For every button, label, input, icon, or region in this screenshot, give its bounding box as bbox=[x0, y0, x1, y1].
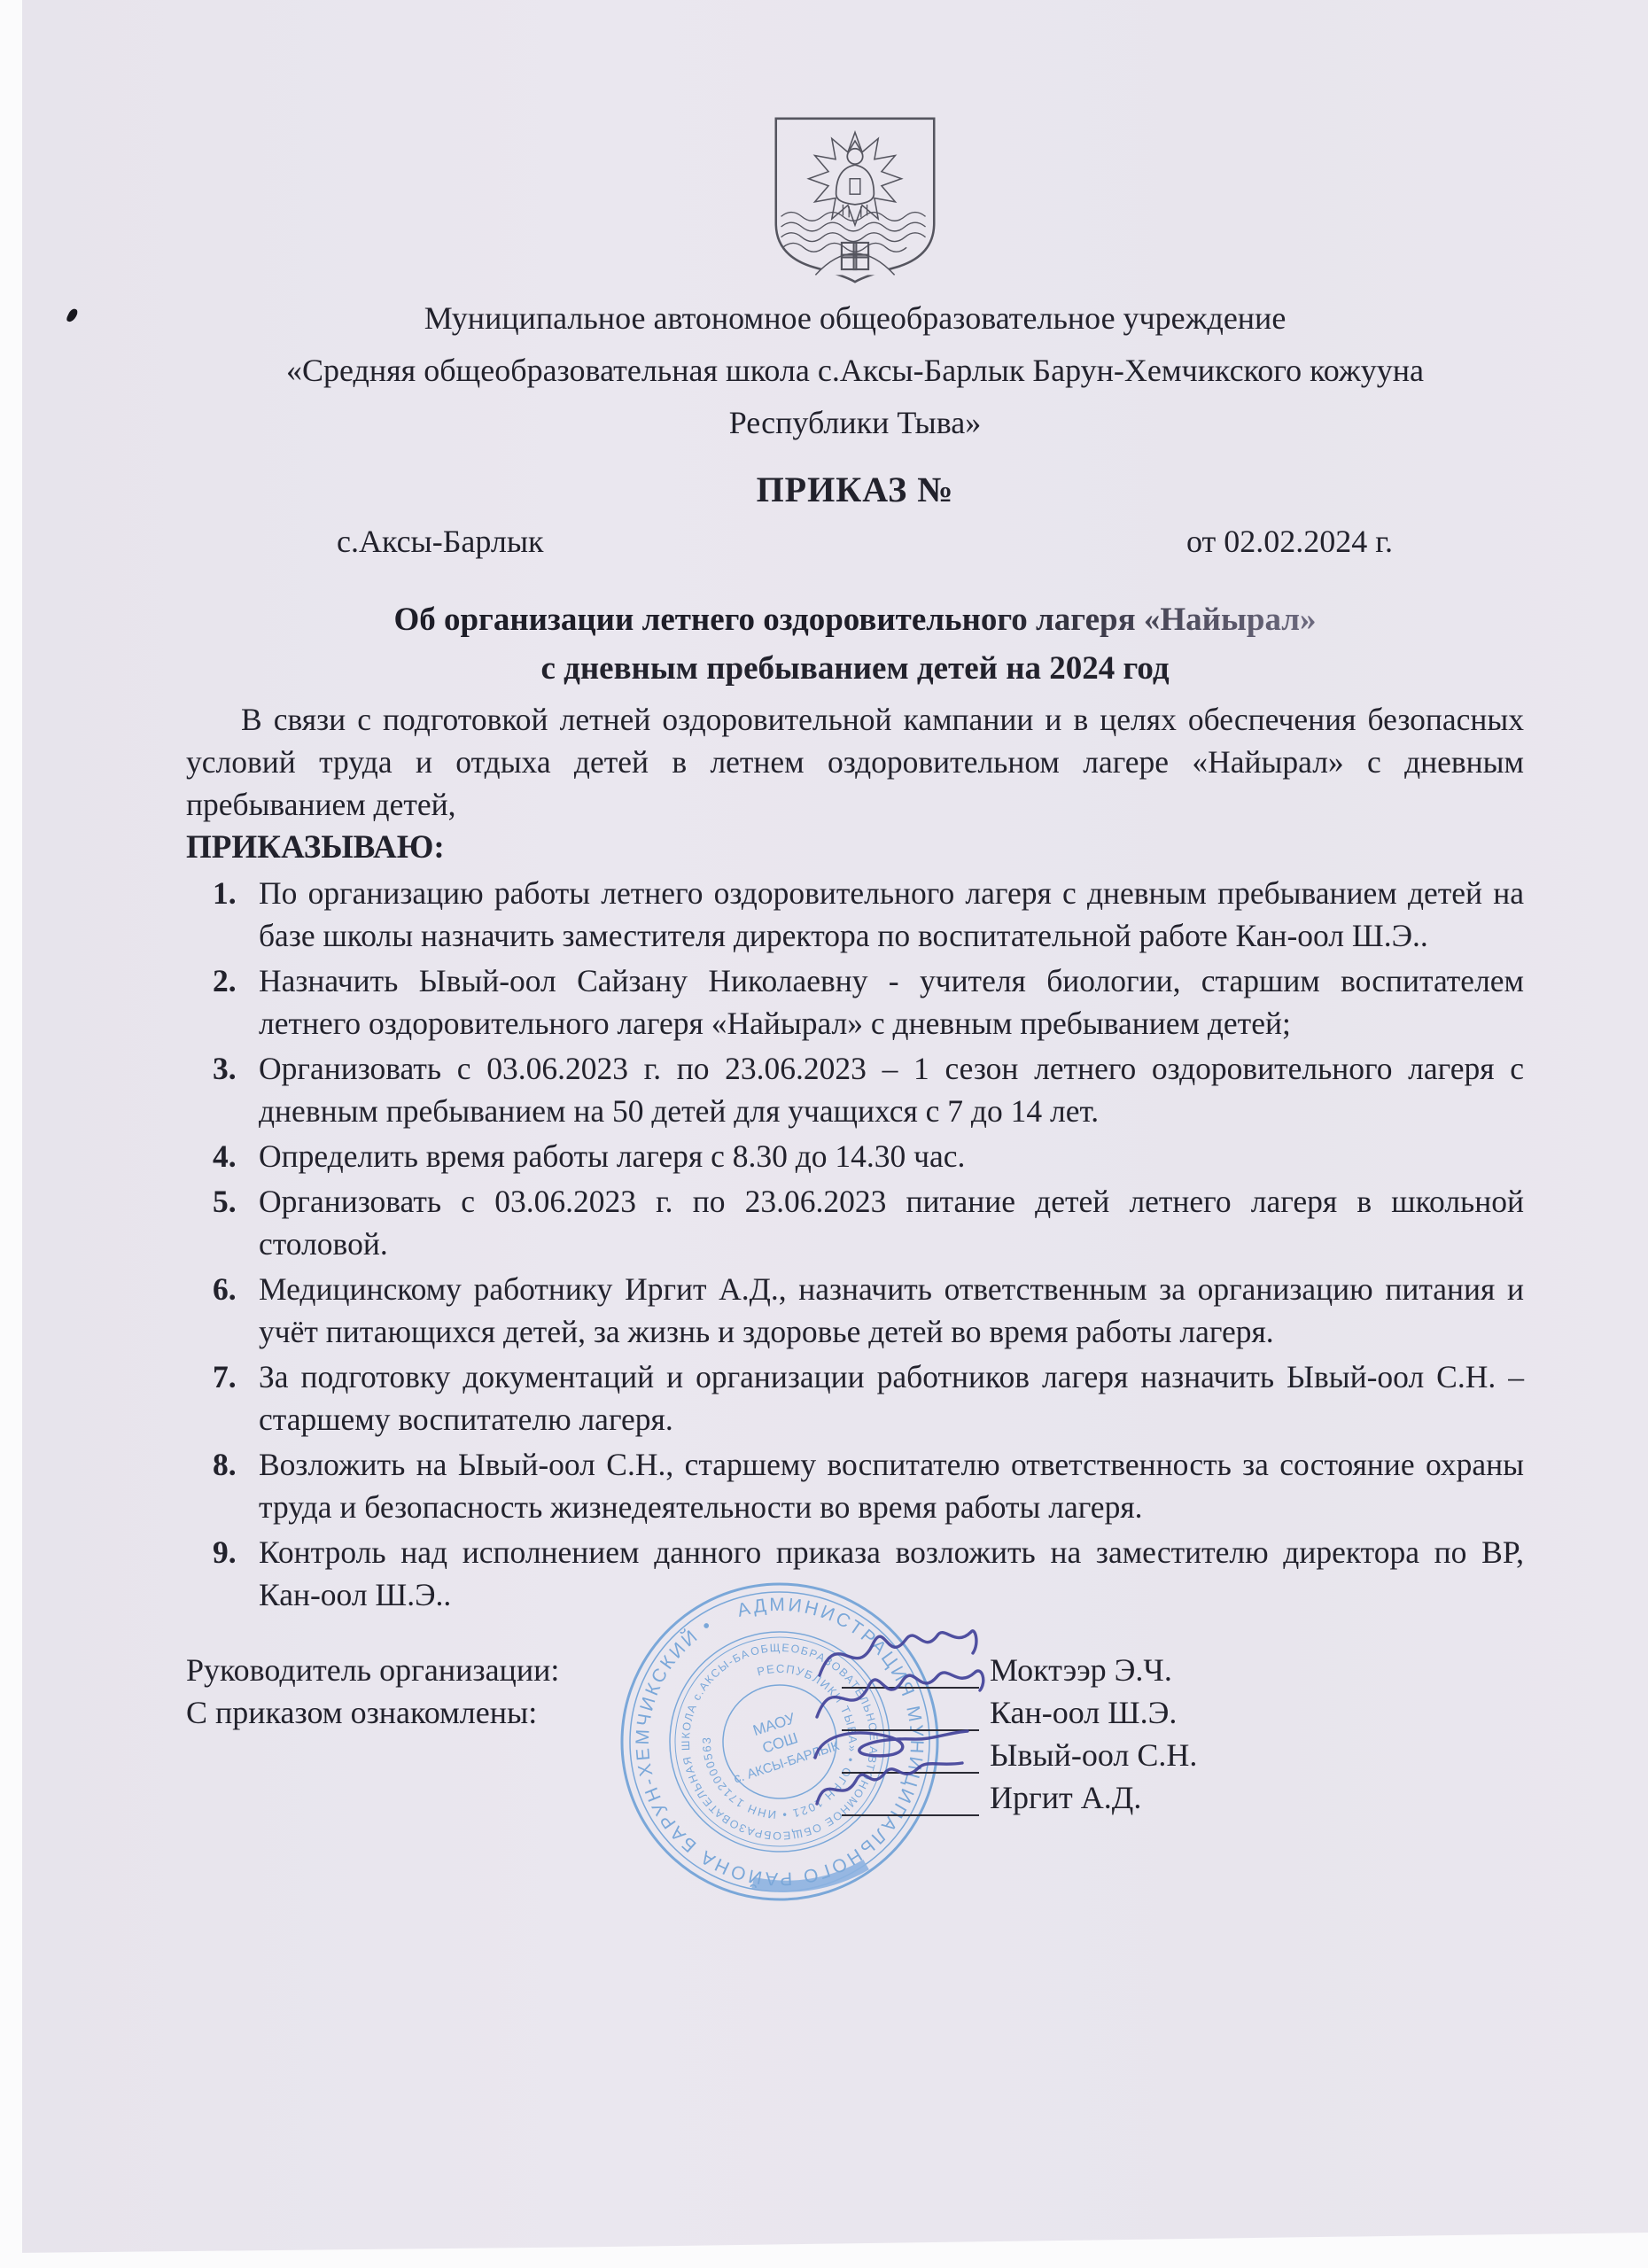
item-number: 8. bbox=[213, 1443, 237, 1486]
signatures-svg bbox=[797, 1600, 1063, 1817]
org-name-line3: Республики Тыва» bbox=[186, 397, 1524, 449]
item-text: За подготовку документаций и организации… bbox=[259, 1359, 1524, 1437]
order-place: с.Аксы-Барлык bbox=[337, 523, 544, 560]
order-title: ПРИКАЗ № bbox=[186, 469, 1524, 510]
item-text: Организовать с 03.06.2023 г. по 23.06.20… bbox=[259, 1051, 1524, 1129]
item-text: По организацию работы летнего оздоровите… bbox=[259, 875, 1524, 953]
item-number: 2. bbox=[213, 959, 237, 1002]
org-name-line2: «Средняя общеобразовательная школа с.Акс… bbox=[186, 345, 1524, 397]
order-item-2: 2. Назначить Ывый-оол Сайзану Николаевну… bbox=[213, 959, 1524, 1045]
item-number: 7. bbox=[213, 1355, 237, 1398]
item-text: Медицинскому работнику Иргит А.Д., назна… bbox=[259, 1271, 1524, 1349]
item-text: Организовать с 03.06.2023 г. по 23.06.20… bbox=[259, 1184, 1524, 1262]
document-content: Муниципальное автономное общеобразовател… bbox=[186, 0, 1524, 1816]
order-item-8: 8. Возложить на Ывый-оол С.Н., старшему … bbox=[213, 1443, 1524, 1528]
order-items-list: 1. По организацию работы летнего оздоров… bbox=[213, 872, 1524, 1616]
item-number: 4. bbox=[213, 1135, 237, 1177]
signatures-ink-icon bbox=[797, 1600, 1063, 1817]
order-subject-line2: с дневным пребыванием детей на 2024 год bbox=[186, 644, 1524, 693]
item-text: Назначить Ывый-оол Сайзану Николаевну - … bbox=[259, 963, 1524, 1041]
scanned-document-page: Муниципальное автономное общеобразовател… bbox=[0, 0, 1648, 2268]
decree-keyword: ПРИКАЗЫВАЮ: bbox=[186, 826, 1524, 869]
item-number: 1. bbox=[213, 872, 237, 914]
order-item-7: 7. За подготовку документаций и организа… bbox=[213, 1355, 1524, 1441]
org-name-line1: Муниципальное автономное общеобразовател… bbox=[186, 292, 1524, 345]
ink-speck bbox=[66, 307, 79, 323]
order-item-6: 6. Медицинскому работнику Иргит А.Д., на… bbox=[213, 1268, 1524, 1353]
order-subject-line1: Об организации летнего оздоровительного … bbox=[186, 595, 1524, 644]
order-item-5: 5. Организовать с 03.06.2023 г. по 23.06… bbox=[213, 1180, 1524, 1265]
item-text: Возложить на Ывый-оол С.Н., старшему вос… bbox=[259, 1447, 1524, 1525]
item-number: 3. bbox=[213, 1047, 237, 1090]
order-item-1: 1. По организацию работы летнего оздоров… bbox=[213, 872, 1524, 957]
order-subject: Об организации летнего оздоровительного … bbox=[186, 595, 1524, 693]
signature-label-ack: С приказом ознакомлены: bbox=[186, 1694, 842, 1731]
item-number: 5. bbox=[213, 1180, 237, 1223]
order-date: от 02.02.2024 г. bbox=[1186, 523, 1393, 560]
paper-sheet: Муниципальное автономное общеобразовател… bbox=[22, 0, 1648, 2257]
signing-section: АДМИНИСТРАЦИЯ МУНИЦИПАЛЬНОГО РАЙОНА БАРУ… bbox=[186, 1646, 1524, 1816]
intro-paragraph: В связи с подготовкой летней оздоровител… bbox=[186, 698, 1524, 826]
coat-of-arms-svg bbox=[768, 113, 942, 285]
order-item-4: 4. Определить время работы лагеря с 8.30… bbox=[213, 1135, 1524, 1177]
item-number: 6. bbox=[213, 1268, 237, 1310]
item-number: 9. bbox=[213, 1531, 237, 1573]
order-item-3: 3. Организовать с 03.06.2023 г. по 23.06… bbox=[213, 1047, 1524, 1132]
place-date-row: с.Аксы-Барлык от 02.02.2024 г. bbox=[186, 523, 1524, 560]
item-text: Определить время работы лагеря с 8.30 до… bbox=[259, 1138, 965, 1174]
signature-label-head: Руководитель организации: bbox=[186, 1651, 842, 1689]
coat-of-arms-icon bbox=[768, 113, 942, 285]
